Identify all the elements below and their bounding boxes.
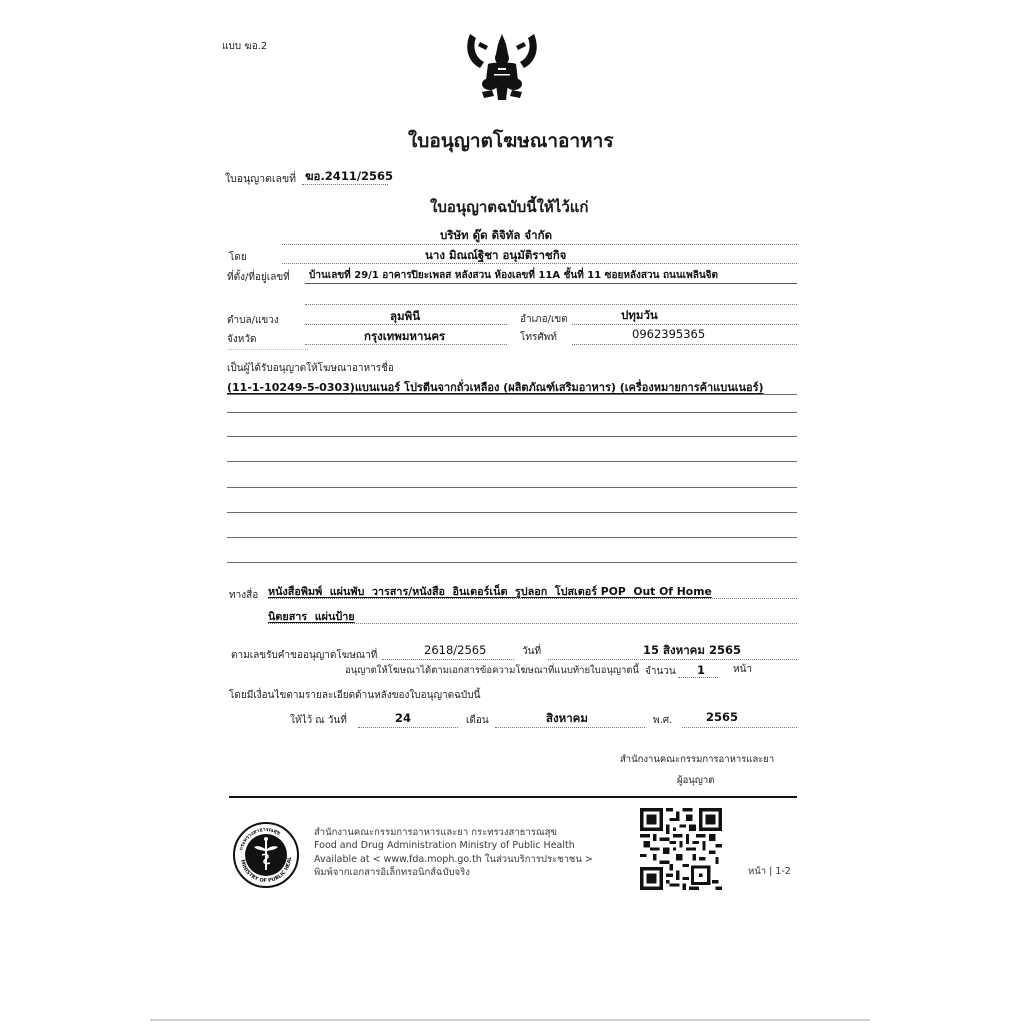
phone-line: [572, 344, 797, 345]
page-unit-label: หน้า: [733, 662, 752, 677]
license-number-label: ใบอนุญาตเลขที่: [225, 170, 296, 187]
company-name: บริษัท ดู๊ด ดิจิทัล จำกัด: [440, 227, 552, 245]
count-label: จำนวน: [645, 664, 676, 679]
issued-month-label: เดือน: [466, 713, 489, 728]
count-value: 1: [697, 663, 705, 677]
issued-day-value: 24: [395, 711, 411, 725]
issued-year-label: พ.ศ.: [653, 713, 672, 728]
request-date-value: 15 สิงหาคม 2565: [643, 642, 741, 660]
conditions-text: โดยมีเงื่อนไขตามรายละเอียดด้านหลังของใบอ…: [229, 688, 480, 703]
issued-month-line: [495, 727, 645, 728]
count-line: [678, 677, 718, 678]
qr-code-icon: [640, 808, 722, 890]
address-label: ที่ตั้ง/ที่อยู่เลขที่: [227, 270, 290, 285]
garuda-emblem-icon: [462, 28, 542, 108]
footer-office-thai: สำนักงานคณะกรรมการอาหารและยา กระทรวงสาธา…: [314, 826, 557, 840]
media-label: ทางสื่อ: [229, 588, 258, 603]
issued-month-value: สิงหาคม: [546, 710, 588, 728]
request-number-line: [382, 659, 514, 660]
media-line-2: [268, 623, 797, 624]
province-label: จังหวัด: [227, 332, 256, 347]
footer-website[interactable]: Available at < www.fda.moph.go.th ในส่วน…: [314, 853, 593, 867]
address-value: บ้านเลขที่ 29/1 อาคารปิยะเพลส หลังสวน ห้…: [309, 268, 718, 283]
phone-value: 0962395365: [632, 327, 705, 341]
product-line: [227, 394, 797, 395]
blank-line-1: [227, 412, 797, 413]
media-line-1: [268, 598, 797, 599]
product-label: เป็นผู้ได้รับอนุญาตให้โฆษณาอาหารชื่อ: [227, 361, 394, 376]
licensee-heading: ใบอนุญาตฉบับนี้ให้ไว้แก่: [430, 195, 589, 219]
province-label-line: [228, 349, 308, 350]
page-indicator: หน้า | 1-2: [748, 864, 791, 879]
document-title: ใบอนุญาตโฆษณาอาหาร: [408, 126, 614, 156]
issued-day-line: [358, 727, 458, 728]
footer-office-english: Food and Drug Administration Ministry of…: [314, 839, 575, 853]
footer-printed-note: พิมพ์จากเอกสารอิเล็กทรอนิกส์ฉบับจริง: [314, 866, 470, 880]
representative-line: [282, 263, 797, 264]
address-line-2: [305, 304, 797, 305]
request-date-label: วันที่: [522, 644, 541, 659]
phone-label: โทรศัพท์: [520, 330, 557, 345]
blank-line-2: [227, 436, 797, 437]
license-number-line: [302, 184, 388, 185]
issued-day-label: ให้ไว้ ณ วันที่: [290, 713, 347, 728]
signature-role: ผู้อนุญาต: [677, 773, 714, 788]
page-bottom-edge: [150, 1019, 870, 1021]
ministry-of-public-health-seal-icon: กระทรวงสาธารณสุข MINISTRY OF PUBLIC HEAL…: [232, 821, 300, 889]
province-line: [305, 344, 507, 345]
signature-office: สำนักงานคณะกรรมการอาหารและยา: [620, 752, 774, 767]
by-label: โดย: [229, 250, 247, 265]
district-value: ปทุมวัน: [621, 307, 658, 325]
footer-divider: [229, 796, 797, 798]
form-code: แบบ ฆอ.2: [222, 39, 267, 54]
issued-year-value: 2565: [706, 710, 738, 724]
blank-line-3: [227, 461, 797, 462]
blank-line-7: [227, 562, 797, 563]
blank-line-6: [227, 537, 797, 538]
blank-line-5: [227, 512, 797, 513]
company-line: [282, 244, 797, 245]
district-label: อำเภอ/เขต: [520, 312, 568, 327]
request-number-value: 2618/2565: [424, 643, 486, 657]
address-line: [305, 283, 797, 284]
request-number-label: ตามเลขรับคำขออนุญาตโฆษณาที่: [231, 648, 377, 663]
issued-year-line: [682, 727, 797, 728]
district-line: [572, 324, 797, 325]
subdistrict-label: ตำบล/แขวง: [227, 313, 279, 328]
request-date-line: [548, 659, 797, 660]
subdistrict-line: [305, 324, 507, 325]
attachment-text: อนุญาตให้โฆษณาได้ตามเอกสารข้อความโฆษณาที…: [345, 663, 639, 678]
blank-line-4: [227, 487, 797, 488]
